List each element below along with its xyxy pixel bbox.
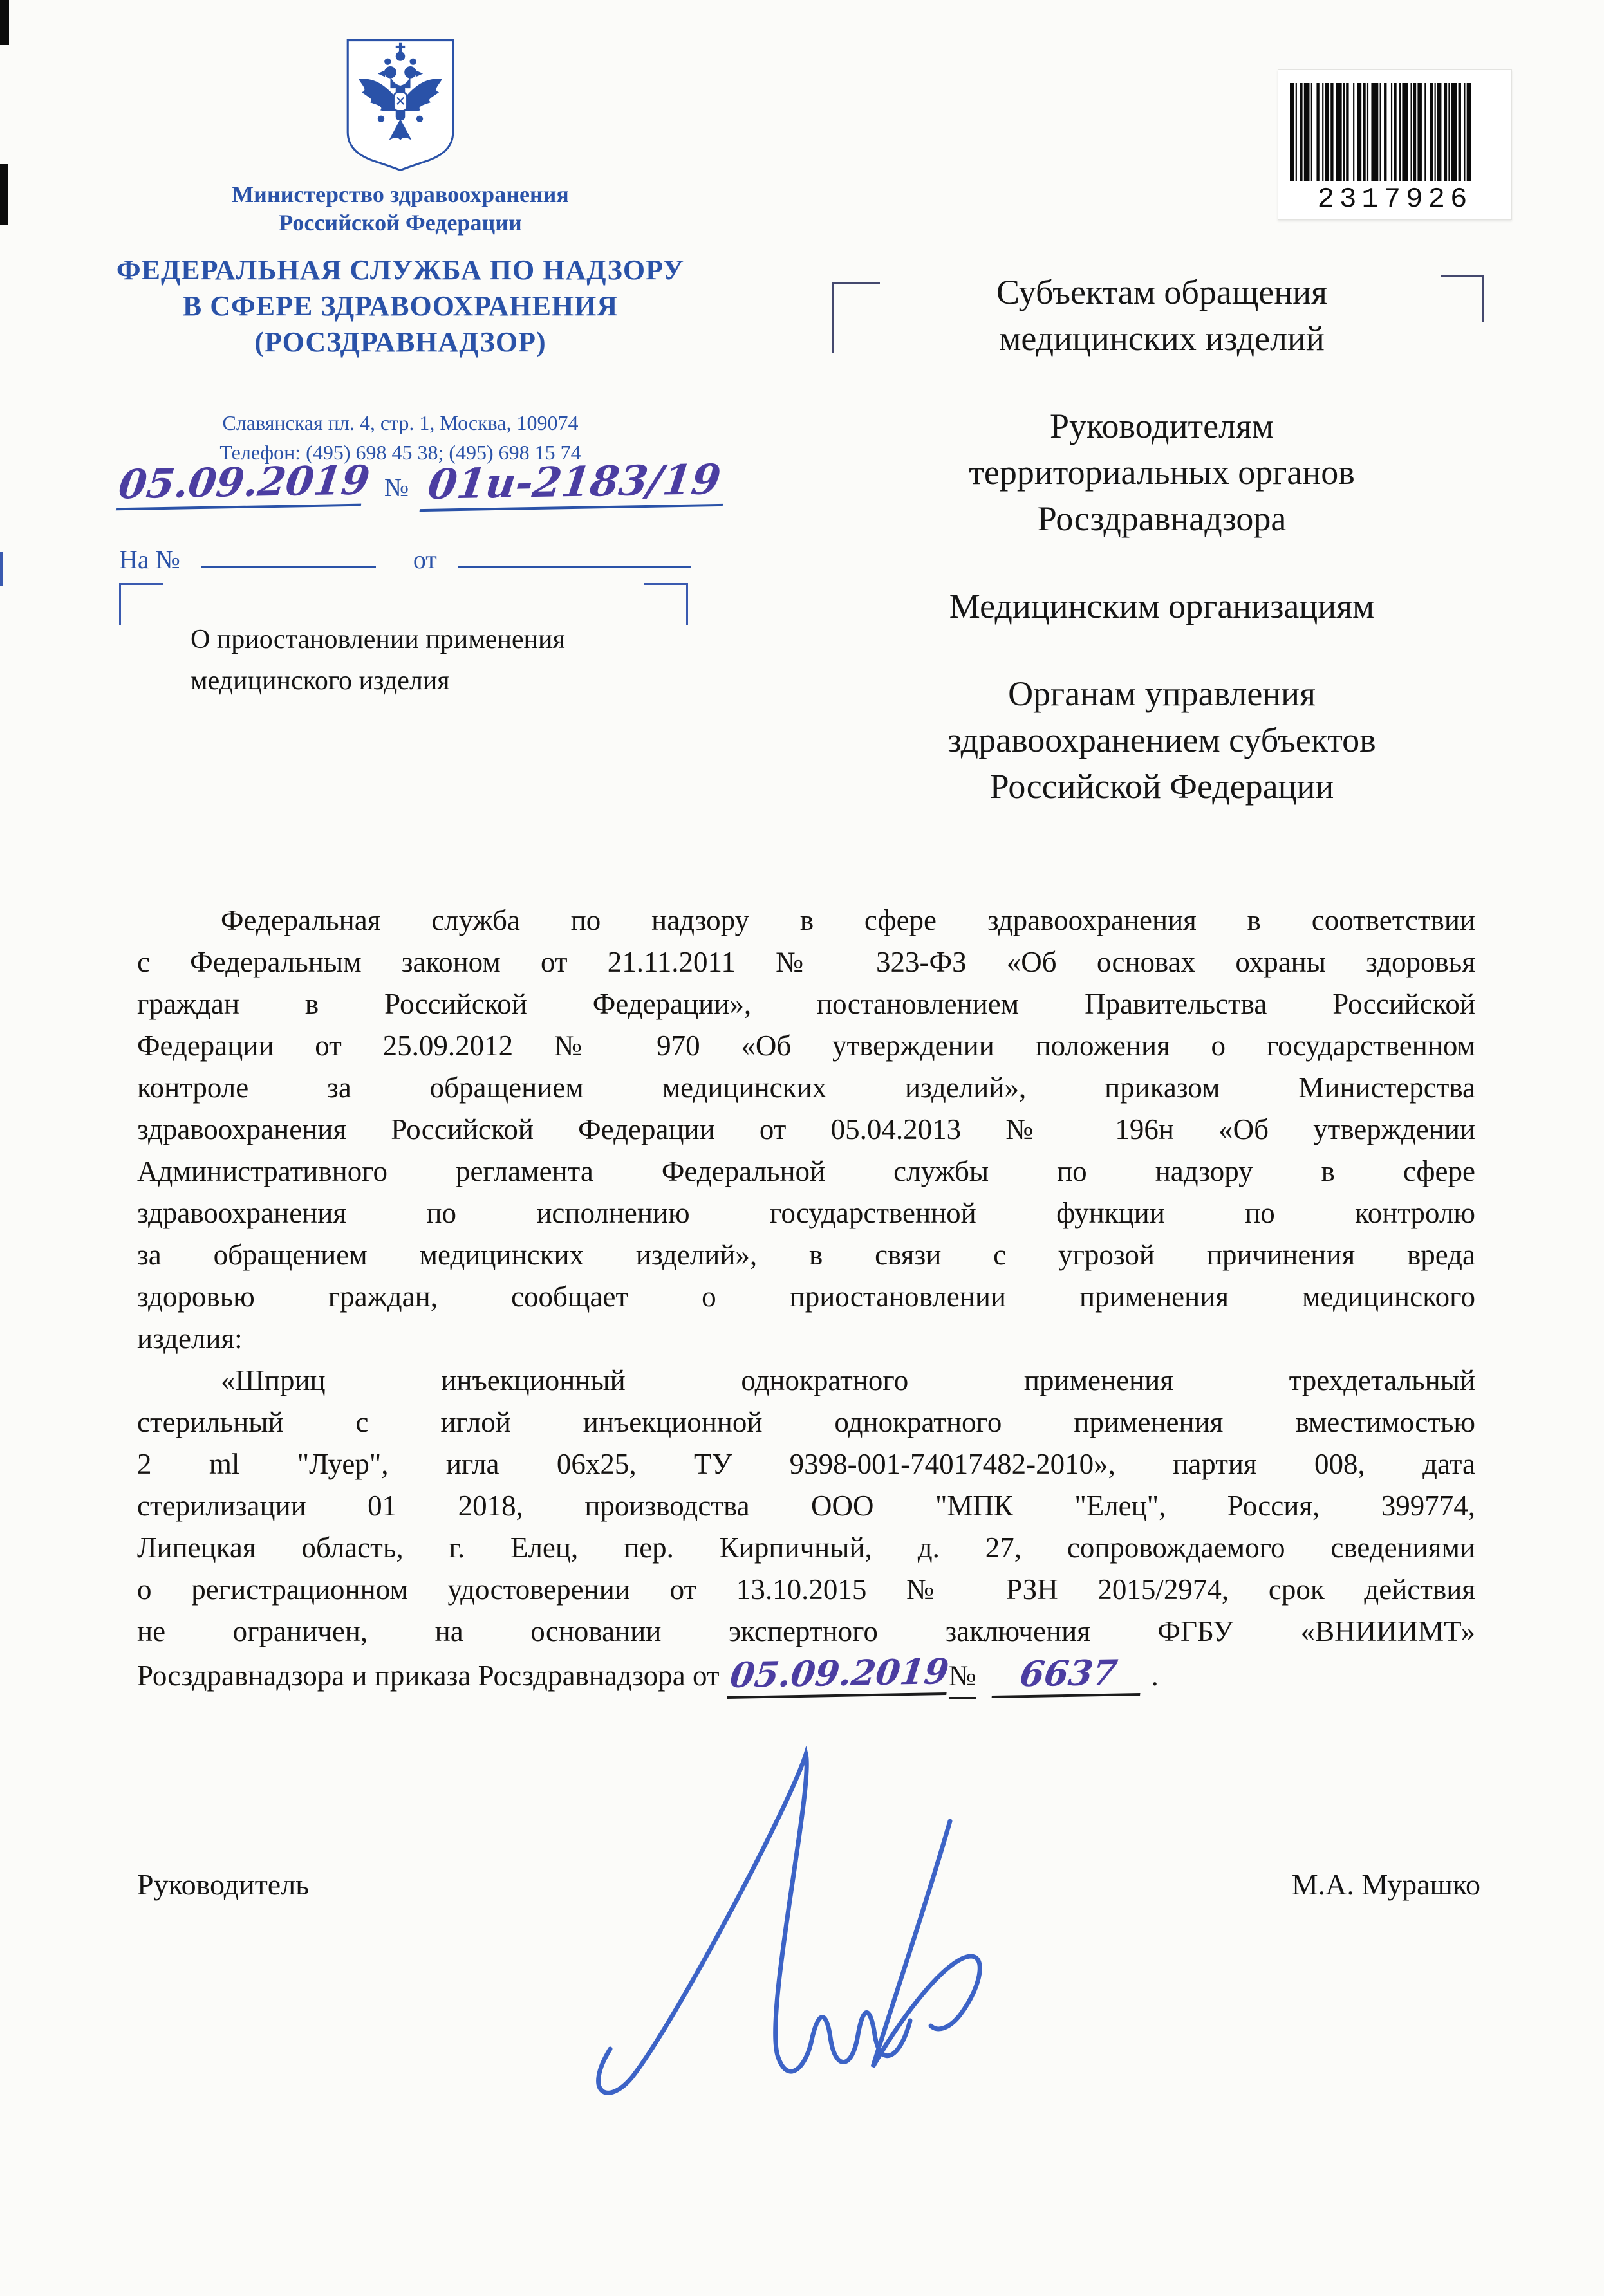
recipient-line: Росздравнадзора <box>837 495 1487 542</box>
outgoing-number-handwritten: 01и-2183/19 <box>420 456 729 512</box>
ministry-line-2: Российской Федерации <box>59 208 741 237</box>
barcode-number: 2317926 <box>1278 183 1511 216</box>
body-line: за обращением медицинских изделий», в св… <box>137 1234 1475 1276</box>
reply-number-label: На № <box>119 545 180 574</box>
final-line-text: Росздравнадзора и приказа Росздравнадзор… <box>137 1660 720 1692</box>
address-zone-bracket-top-left <box>119 583 163 625</box>
subject-block: О приостановлении применения медицинског… <box>191 619 565 701</box>
recipient-block: Субъектам обращениямедицинских изделий <box>837 269 1487 362</box>
body-line: 2 ml "Луер", игла 06х25, ТУ 9398-001-740… <box>137 1443 1475 1485</box>
recipient-line: Руководителям <box>837 403 1487 449</box>
recipient-line: медицинских изделий <box>837 315 1487 362</box>
scanned-letter-page: Министерство здравоохранения Российской … <box>0 0 1604 2296</box>
signature-stroke <box>538 1745 1014 2112</box>
coat-of-arms-icon <box>344 37 457 171</box>
recipient-line: здравоохранением субъектов <box>837 717 1487 763</box>
body-line: Липецкая область, г. Елец, пер. Кирпичны… <box>137 1527 1475 1569</box>
order-number-sign: № <box>949 1655 976 1699</box>
service-name-line-2: В СФЕРЕ ЗДРАВООХРАНЕНИЯ <box>59 288 741 324</box>
body-line: стерильный с иглой инъекционной однократ… <box>137 1402 1475 1443</box>
recipient-block: Руководителямтерриториальных органовРосз… <box>837 403 1487 542</box>
ministry-line-1: Министерство здравоохранения <box>59 180 741 208</box>
body-line: Федерации от 25.09.2012 № 970 «Об утверж… <box>137 1025 1475 1067</box>
order-number-handwritten: 6637 <box>991 1651 1145 1698</box>
body-line: здоровью граждан, сообщает о приостановл… <box>137 1276 1475 1318</box>
service-name-line-3: (РОСЗДРАВНАДЗОР) <box>59 324 741 360</box>
body-line: не ограничен, на основании экспертного з… <box>137 1611 1475 1653</box>
recipient-line: Российской Федерации <box>837 763 1487 810</box>
letter-body: Федеральная служба по надзору в сфере зд… <box>137 900 1475 1710</box>
scan-edge-artifact <box>0 552 3 586</box>
body-line: контроле за обращением медицинских издел… <box>137 1067 1475 1109</box>
recipient-block: Органам управленияздравоохранением субъе… <box>837 671 1487 810</box>
body-line: Административного регламента Федеральной… <box>137 1151 1475 1192</box>
address-zone-bracket-top-right <box>644 583 688 625</box>
recipient-block: Медицинским организациям <box>837 583 1487 629</box>
body-line: «Шприц инъекционный однократного примене… <box>137 1360 1475 1402</box>
body-line: здравоохранения Российской Федерации от … <box>137 1109 1475 1151</box>
letterhead: Министерство здравоохранения Российской … <box>59 37 741 467</box>
reply-from-label: от <box>413 545 437 574</box>
signer-name: М.А. Мурашко <box>1152 1867 1480 1902</box>
scan-edge-artifact <box>0 0 9 45</box>
barcode-icon <box>1290 83 1500 181</box>
reply-reference-row: На № от <box>119 539 691 575</box>
service-name-line-1: ФЕДЕРАЛЬНАЯ СЛУЖБА ПО НАДЗОРУ <box>59 252 741 288</box>
scan-edge-artifact <box>0 164 8 225</box>
final-line-period: . <box>1152 1660 1159 1692</box>
recipient-line: территориальных органов <box>837 449 1487 495</box>
body-line: Федеральная служба по надзору в сфере зд… <box>137 900 1475 941</box>
order-date-handwritten: 05.09.2019 <box>727 1651 951 1699</box>
barcode-sticker: 2317926 <box>1278 69 1512 220</box>
number-sign-label: № <box>384 473 409 502</box>
recipients-list: Субъектам обращениямедицинских изделийРу… <box>837 269 1487 851</box>
subject-line-2: медицинского изделия <box>191 660 565 701</box>
body-lines: Федеральная служба по надзору в сфере зд… <box>137 900 1475 1653</box>
subject-line-1: О приостановлении применения <box>191 619 565 660</box>
body-line: стерилизации 01 2018, производства ООО "… <box>137 1485 1475 1527</box>
recipient-line: Медицинским организациям <box>837 583 1487 629</box>
recipient-line: Субъектам обращения <box>837 269 1487 315</box>
body-line: о регистрационном удостоверении от 13.10… <box>137 1569 1475 1611</box>
body-line: с Федеральным законом от 21.11.2011 № 32… <box>137 941 1475 983</box>
body-line: изделия: <box>137 1318 1475 1360</box>
letterhead-address: Славянская пл. 4, стр. 1, Москва, 109074 <box>59 408 741 438</box>
outgoing-date-handwritten: 05.09.2019 <box>116 457 367 511</box>
reply-number-blank <box>201 539 376 568</box>
recipient-line: Органам управления <box>837 671 1487 717</box>
signer-title: Руководитель <box>137 1867 309 1902</box>
body-line: здравоохранения по исполнению государств… <box>137 1192 1475 1234</box>
body-line: граждан в Российской Федерации», постано… <box>137 983 1475 1025</box>
reference-row: 05.09.2019 № 01и-2183/19 <box>119 458 725 509</box>
body-final-line: Росздравнадзора и приказа Росздравнадзор… <box>137 1653 1475 1710</box>
reply-date-blank <box>458 539 691 568</box>
